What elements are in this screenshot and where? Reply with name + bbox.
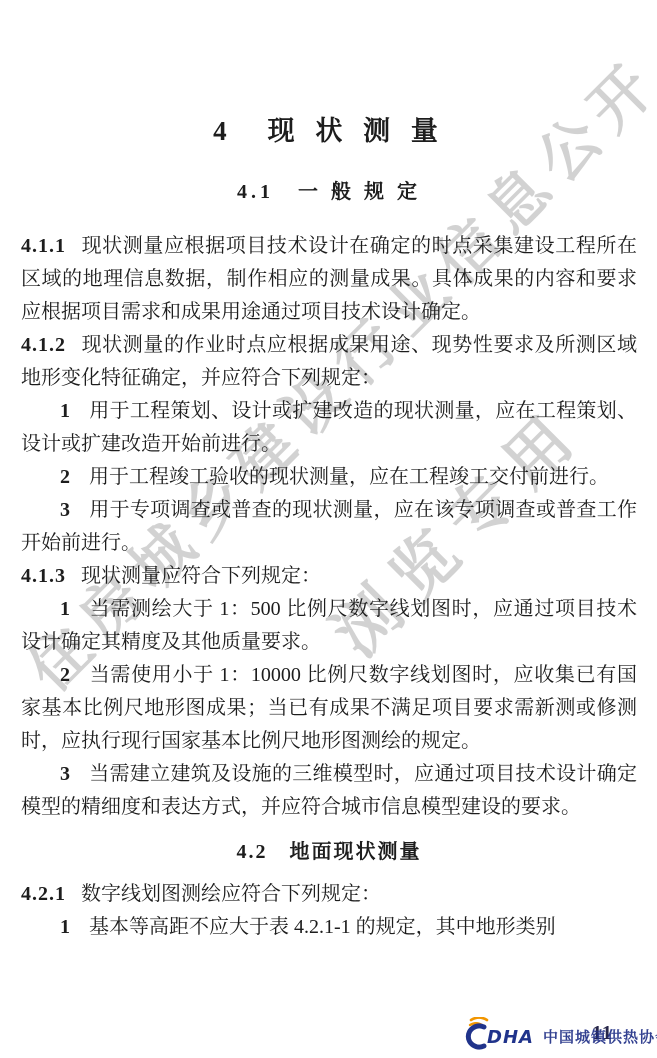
clause-4-1-3: 4.1.3现状测量应符合下列规定： [21,560,637,593]
clause-4-1-2-item-3: 3用于专项调查或普查的现状测量，应在该专项调查或普查工作开始前进行。 [21,494,637,560]
clause-4-1-1: 4.1.1现状测量应根据项目技术设计在确定的时点采集建设工程所在区域的地理信息数… [21,230,637,329]
item-number: 3 [60,499,70,521]
clause-4-1-3-item-3: 3当需建立建筑及设施的三维模型时，应通过项目技术设计确定模型的精细度和表达方式，… [21,758,637,824]
chapter-heading: 4 现 状 测 量 [21,112,637,150]
item-text: 用于专项调查或普查的现状测量，应在该专项调查或普查工作开始前进行。 [21,499,637,554]
clause-text: 数字线划图测绘应符合下列规定： [81,883,381,905]
item-number: 1 [60,400,70,422]
cdha-logo-acronym: DHA [487,1027,534,1048]
item-text: 当需使用小于 1：10000 比例尺数字线划图时，应收集已有国家基本比例尺地形图… [21,664,637,752]
section-4-1-heading: 4.1 一 般 规 定 [21,178,637,206]
clause-number: 4.1.3 [21,565,66,587]
clause-4-1-2: 4.1.2现状测量的作业时点应根据成果用途、现势性要求及所测区域地形变化特征确定… [21,329,637,395]
clause-text: 现状测量应符合下列规定： [81,565,321,587]
item-text: 当需测绘大于 1：500 比例尺数字线划图时，应通过项目技术设计确定其精度及其他… [21,598,637,653]
section-4-1-body: 4.1.1现状测量应根据项目技术设计在确定的时点采集建设工程所在区域的地理信息数… [21,230,637,824]
item-number: 2 [60,664,70,686]
clause-number: 4.1.1 [21,235,66,257]
clause-4-1-2-item-1: 1用于工程策划、设计或扩建改造的现状测量，应在工程策划、设计或扩建改造开始前进行… [21,395,637,461]
clause-4-1-3-item-2: 2当需使用小于 1：10000 比例尺数字线划图时，应收集已有国家基本比例尺地形… [21,659,637,758]
clause-text: 现状测量的作业时点应根据成果用途、现势性要求及所测区域地形变化特征确定，并应符合… [21,334,637,389]
document-page: 住房城乡建设行业信息公开 浏览专用 4 现 状 测 量 4.1 一 般 规 定 … [0,0,657,1058]
clause-4-1-2-item-2: 2用于工程竣工验收的现状测量，应在工程竣工交付前进行。 [21,461,637,494]
item-number: 3 [60,763,70,785]
clause-4-2-1-item-1: 1基本等高距不应大于表 4.2.1-1 的规定，其中地形类别 [21,911,637,944]
item-number: 1 [60,598,70,620]
cdha-org-name: 中国城镇供热协会 [543,1026,657,1047]
document-content: 4 现 状 测 量 4.1 一 般 规 定 4.1.1现状测量应根据项目技术设计… [21,0,637,944]
item-text: 用于工程策划、设计或扩建改造的现状测量，应在工程策划、设计或扩建改造开始前进行。 [21,400,637,455]
clause-number: 4.2.1 [21,883,66,905]
section-4-2-heading: 4.2 地面现状测量 [21,838,637,866]
item-text: 用于工程竣工验收的现状测量，应在工程竣工交付前进行。 [89,466,609,488]
clause-text: 现状测量应根据项目技术设计在确定的时点采集建设工程所在区域的地理信息数据，制作相… [21,235,637,323]
item-number: 1 [60,916,70,938]
item-text: 基本等高距不应大于表 4.2.1-1 的规定，其中地形类别 [89,916,556,938]
section-4-2-body: 4.2.1数字线划图测绘应符合下列规定： 1基本等高距不应大于表 4.2.1-1… [21,878,637,944]
clause-4-1-3-item-1: 1当需测绘大于 1：500 比例尺数字线划图时，应通过项目技术设计确定其精度及其… [21,593,637,659]
clause-number: 4.1.2 [21,334,66,356]
item-text: 当需建立建筑及设施的三维模型时，应通过项目技术设计确定模型的精细度和表达方式，并… [21,763,637,818]
cdha-logo: DHA 中国城镇供热协会 [451,1016,657,1052]
item-number: 2 [60,466,70,488]
clause-4-2-1: 4.2.1数字线划图测绘应符合下列规定： [21,878,637,911]
